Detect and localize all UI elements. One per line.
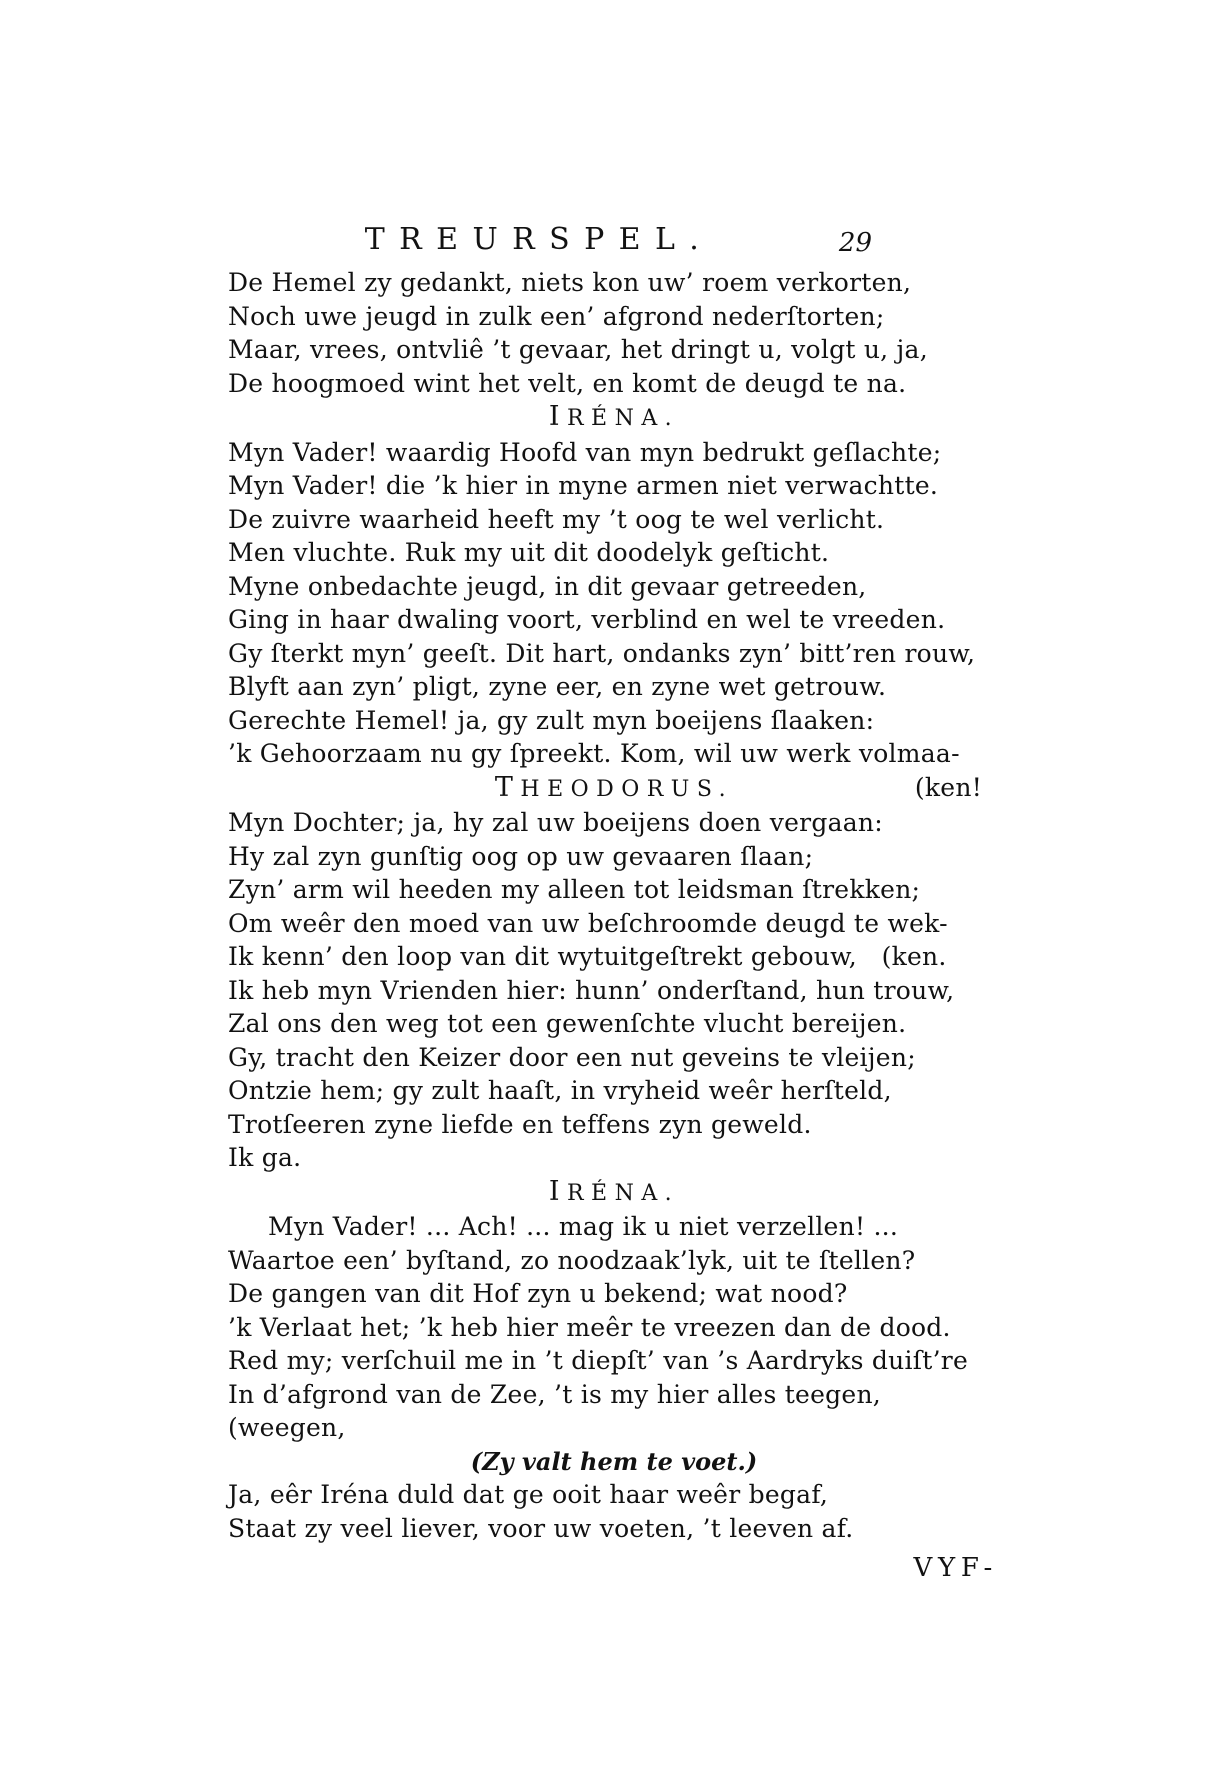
verse-line: Ik heb myn Vrienden hier: hunn’ onderſta… [228, 974, 1000, 1008]
page-title: Treurspel. [228, 222, 850, 257]
stage-direction: (Zy valt hem te voet.) [228, 1445, 1000, 1479]
speaker-name: Theodorus. [495, 777, 733, 802]
verse-line: Gy, tracht den Keizer door een nut gevei… [228, 1041, 1000, 1075]
verse-line: Blyft aan zyn’ pligt, zyne eer, en zyne … [228, 670, 1000, 704]
verse-line: ’k Gehoorzaam nu gy ſpreekt. Kom, wil uw… [228, 737, 1000, 771]
verse-line: Waartoe een’ byſtand, zo noodzaak’lyk, u… [228, 1244, 1000, 1278]
verse-line: Myn Dochter; ja, hy zal uw boeijens doen… [228, 806, 1000, 840]
verse-line: De hoogmoed wint het velt, en komt de de… [228, 367, 1000, 401]
verse-line: Ik kenn’ den loop van dit wytuitgeſtrekt… [228, 940, 1000, 974]
verse-line: Myne onbedachte jeugd, in dit gevaar get… [228, 570, 1000, 604]
book-page: Treurspel. 29 De Hemel zy gedankt, niets… [0, 0, 1230, 1782]
verse-line: De gangen van dit Hof zyn u bekend; wat … [228, 1277, 1000, 1311]
page-header: Treurspel. 29 [228, 222, 1000, 264]
verse-line: Ja, eêr Iréna duld dat ge ooit haar weêr… [228, 1478, 1000, 1512]
verse-line: Myn Vader! waardig Hoofd van myn bedrukt… [228, 436, 1000, 470]
text-block: Treurspel. 29 De Hemel zy gedankt, niets… [228, 222, 1000, 1585]
page-number: 29 [839, 228, 872, 258]
speaker-heading-irena: Iréna. [228, 1175, 1000, 1211]
verse-line: Maar, vrees, ontvliê ’t gevaar, het drin… [228, 333, 1000, 367]
verse-line: In d’afgrond van de Zee, ’t is my hier a… [228, 1378, 1000, 1445]
catchword: VYF- [228, 1551, 1000, 1585]
verse-line: Red my; verſchuil me in ’t diepſt’ van ’… [228, 1344, 1000, 1378]
verse-line: Ik ga. [228, 1141, 1000, 1175]
verse-line: Om weêr den moed van uw beſchroomde deug… [228, 907, 1000, 941]
verse-line: ’k Verlaat het; ’k heb hier meêr te vree… [228, 1311, 1000, 1345]
verse-line: Myn Vader! die ’k hier in myne armen nie… [228, 469, 1000, 503]
verse-line: Gy ſterkt myn’ geeſt. Dit hart, ondanks … [228, 637, 1000, 671]
verse-line: Gerechte Hemel! ja, gy zult myn boeijens… [228, 704, 1000, 738]
verse-line: Myn Vader! ... Ach! ... mag ik u niet ve… [228, 1210, 1000, 1244]
verse-line: De zuivre waarheid heeft my ’t oog te we… [228, 503, 1000, 537]
verse-line: Men vluchte. Ruk my uit dit doodelyk geſ… [228, 536, 1000, 570]
speaker-heading-irena: Iréna. [228, 400, 1000, 436]
speaker-heading-theodorus: Theodorus. (ken! [228, 771, 1000, 807]
verse-line: Staat zy veel liever, voor uw voeten, ’t… [228, 1512, 1000, 1546]
verse-line: Noch uwe jeugd in zulk een’ afgrond nede… [228, 300, 1000, 334]
verse-line: Ging in haar dwaling voort, verblind en … [228, 603, 1000, 637]
verse-line: Zyn’ arm wil heeden my alleen tot leidsm… [228, 873, 1000, 907]
turnover-word: (ken! [915, 771, 982, 805]
verse-line: Trotſeeren zyne liefde en teffens zyn ge… [228, 1108, 1000, 1142]
verse-line: Zal ons den weg tot een gewenſchte vluch… [228, 1007, 1000, 1041]
verse-line: De Hemel zy gedankt, niets kon uw’ roem … [228, 266, 1000, 300]
verse-line: Ontzie hem; gy zult haaſt, in vryheid we… [228, 1074, 1000, 1108]
verse-line: Hy zal zyn gunſtig oog op uw gevaaren ſl… [228, 840, 1000, 874]
